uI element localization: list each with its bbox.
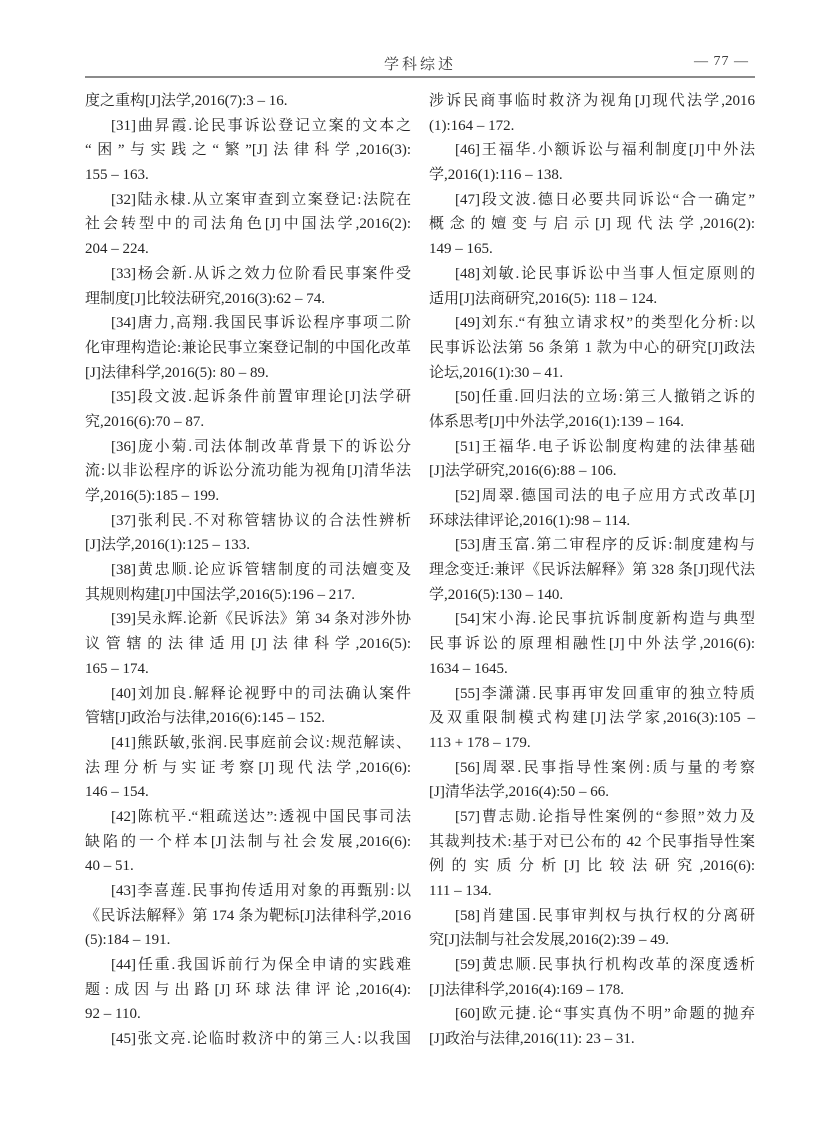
reference-line: 113 + 178 – 179. [429,731,755,756]
reference-line: 题:成因与出路[J]环球法律评论,2016(4): [85,978,411,1003]
reference-line: [J]法学,2016(1):125 – 133. [85,533,411,558]
reference-line: 究[J]法制与社会发展,2016(2):39 – 49. [429,928,755,953]
references-left-column: 度之重构[J]法学,2016(7):3 – 16.[31]曲昇霞.论民事诉讼登记… [85,89,411,1052]
reference-line: [33]杨会新.从诉之效力位阶看民事案件受 [85,262,411,287]
reference-line: 学,2016(5):185 – 199. [85,484,411,509]
reference-line: 度之重构[J]法学,2016(7):3 – 16. [85,89,411,114]
reference-line: 法理分析与实证考察[J]现代法学,2016(6): [85,756,411,781]
reference-line: 146 – 154. [85,780,411,805]
reference-line: [49]刘东.“有独立请求权”的类型化分析:以 [429,311,755,336]
reference-line: [35]段文波.起诉条件前置审理论[J]法学研 [85,385,411,410]
reference-line: 149 – 165. [429,237,755,262]
reference-line: 其裁判技术:基于对已公布的 42 个民事指导性案 [429,830,755,855]
reference-line: 其规则构建[J]中国法学,2016(5):196 – 217. [85,583,411,608]
section-title: 学科综述 [85,53,755,74]
reference-line: 概念的嬗变与启示[J]现代法学,2016(2): [429,212,755,237]
reference-line: “困”与实践之“繁”[J]法律科学,2016(3): [85,138,411,163]
reference-line: [31]曲昇霞.论民事诉讼登记立案的文本之 [85,114,411,139]
reference-line: [50]任重.回归法的立场:第三人撤销之诉的 [429,385,755,410]
reference-line: [53]唐玉富.第二审程序的反诉:制度建构与 [429,533,755,558]
reference-line: [J]法律科学,2016(5): 80 – 89. [85,361,411,386]
reference-line: 流:以非讼程序的诉讼分流功能为视角[J]清华法 [85,459,411,484]
reference-line: 学,2016(1):116 – 138. [429,163,755,188]
references-right-column: 涉诉民商事临时救济为视角[J]现代法学,2016(1):164 – 172.[4… [429,89,755,1052]
reference-line: [38]黄忠顺.论应诉管辖制度的司法嬗变及 [85,558,411,583]
reference-line: [J]政治与法律,2016(11): 23 – 31. [429,1027,755,1052]
reference-line: [58]肖建国.民事审判权与执行权的分离研 [429,904,755,929]
reference-line: [J]清华法学,2016(4):50 – 66. [429,780,755,805]
reference-line: [40]刘加良.解释论视野中的司法确认案件 [85,682,411,707]
reference-line: [44]任重.我国诉前行为保全申请的实践难 [85,953,411,978]
reference-line: [55]李潇潇.民事再审发回重审的独立特质 [429,682,755,707]
reference-line: 适用[J]法商研究,2016(5): 118 – 124. [429,287,755,312]
reference-line: 涉诉民商事临时救济为视角[J]现代法学,2016 [429,89,755,114]
reference-line: 管辖[J]政治与法律,2016(6):145 – 152. [85,706,411,731]
reference-line: 165 – 174. [85,657,411,682]
reference-line: 社会转型中的司法角色[J]中国法学,2016(2): [85,212,411,237]
reference-line: [60]欧元捷.论“事实真伪不明”命题的抛弃 [429,1002,755,1027]
reference-line: [45]张文亮.论临时救济中的第三人:以我国 [85,1027,411,1052]
reference-line: [41]熊跃敏,张润.民事庭前会议:规范解读、 [85,731,411,756]
page-number: — 77 — [694,54,749,70]
reference-line: [42]陈杭平.“粗疏送达”:透视中国民事司法 [85,805,411,830]
reference-line: [59]黄忠顺.民事执行机构改革的深度透析 [429,953,755,978]
reference-line: 环球法律评论,2016(1):98 – 114. [429,509,755,534]
reference-line: 204 – 224. [85,237,411,262]
reference-line: [46]王福华.小额诉讼与福利制度[J]中外法 [429,138,755,163]
journal-page: 学科综述 — 77 — 度之重构[J]法学,2016(7):3 – 16.[31… [0,0,839,1135]
reference-line: [32]陆永棣.从立案审查到立案登记:法院在 [85,188,411,213]
reference-line: 40 – 51. [85,854,411,879]
reference-line: [48]刘敏.论民事诉讼中当事人恒定原则的 [429,262,755,287]
reference-line: [56]周翠.民事指导性案例:质与量的考察 [429,756,755,781]
reference-line: (5):184 – 191. [85,928,411,953]
reference-line: 例的实质分析[J]比较法研究,2016(6): [429,854,755,879]
reference-line: [37]张利民.不对称管辖协议的合法性辨析 [85,509,411,534]
reference-line: (1):164 – 172. [429,114,755,139]
reference-line: [J]法律科学,2016(4):169 – 178. [429,978,755,1003]
reference-line: [43]李喜莲.民事拘传适用对象的再甄别:以 [85,879,411,904]
reference-line: 体系思考[J]中外法学,2016(1):139 – 164. [429,410,755,435]
reference-line: 究,2016(6):70 – 87. [85,410,411,435]
reference-line: 理念变迁:兼评《民诉法解释》第 328 条[J]现代法 [429,558,755,583]
reference-line: [57]曹志勋.论指导性案例的“参照”效力及 [429,805,755,830]
reference-line: 理制度[J]比较法研究,2016(3):62 – 74. [85,287,411,312]
reference-line: 155 – 163. [85,163,411,188]
reference-line: [J]法学研究,2016(6):88 – 106. [429,459,755,484]
reference-line: [36]庞小菊.司法体制改革背景下的诉讼分 [85,435,411,460]
reference-line: 及双重限制模式构建[J]法学家,2016(3):105 – [429,706,755,731]
page-header: 学科综述 — 77 — [85,51,755,75]
reference-line: 民事诉讼的原理相融性[J]中外法学,2016(6): [429,632,755,657]
reference-line: [34]唐力,高翔.我国民事诉讼程序事项二阶 [85,311,411,336]
reference-line: 缺陷的一个样本[J]法制与社会发展,2016(6): [85,830,411,855]
reference-line: [39]吴永辉.论新《民诉法》第 34 条对涉外协 [85,607,411,632]
reference-line: 111 – 134. [429,879,755,904]
reference-line: 论坛,2016(1):30 – 41. [429,361,755,386]
reference-line: 学,2016(5):130 – 140. [429,583,755,608]
reference-line: [52]周翠.德国司法的电子应用方式改革[J] [429,484,755,509]
reference-line: [54]宋小海.论民事抗诉制度新构造与典型 [429,607,755,632]
reference-line: 化审理构造论:兼论民事立案登记制的中国化改革 [85,336,411,361]
reference-line: 《民诉法解释》第 174 条为靶标[J]法律科学,2016 [85,904,411,929]
reference-line: 1634 – 1645. [429,657,755,682]
reference-line: 民事诉讼法第 56 条第 1 款为中心的研究[J]政法 [429,336,755,361]
reference-line: 92 – 110. [85,1002,411,1027]
reference-line: [51]王福华.电子诉讼制度构建的法律基础 [429,435,755,460]
reference-line: [47]段文波.德日必要共同诉讼“合一确定” [429,188,755,213]
header-divider [85,76,755,78]
reference-line: 议管辖的法律适用[J]法律科学,2016(5): [85,632,411,657]
